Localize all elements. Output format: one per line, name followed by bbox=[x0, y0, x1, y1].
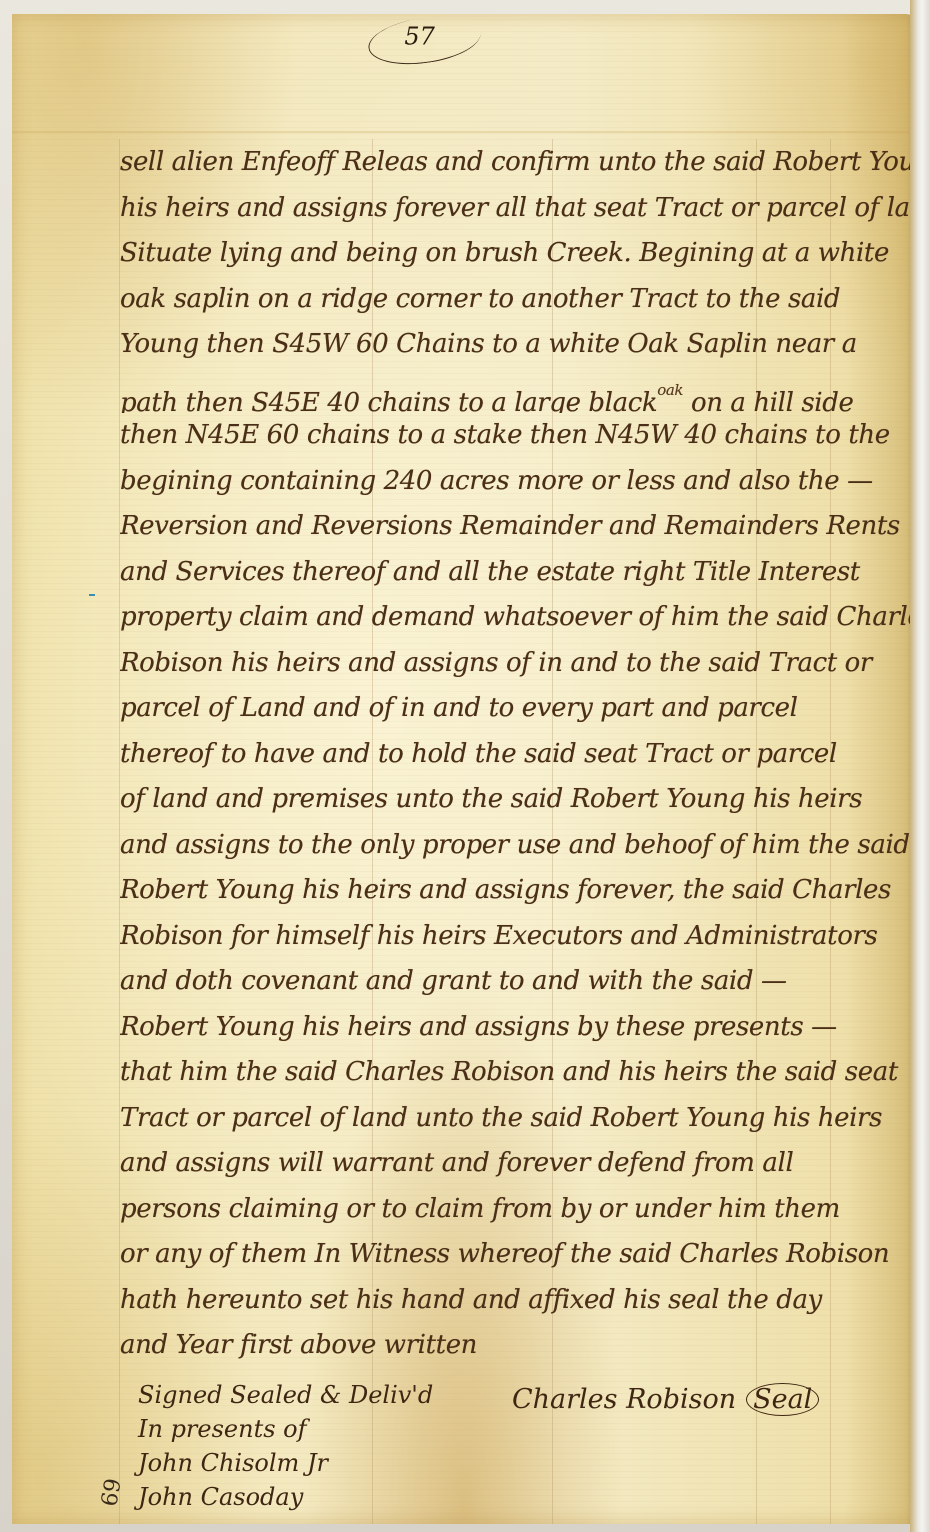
attestation-presence: In presents of bbox=[138, 1412, 433, 1446]
deed-line: and assigns will warrant and forever def… bbox=[120, 1141, 910, 1187]
deed-line: of land and premises unto the said Rober… bbox=[120, 777, 910, 823]
deed-line: begining containing 240 acres more or le… bbox=[120, 459, 910, 505]
deed-body: sell alien Enfeoff Releas and confirm un… bbox=[120, 140, 910, 1369]
grantor-signature: Charles RobisonSeal bbox=[512, 1383, 819, 1416]
deed-line: and assigns to the only proper use and b… bbox=[120, 823, 910, 869]
deed-line: Robison for himself his heirs Executors … bbox=[120, 914, 910, 960]
witness-name: John Casoday bbox=[138, 1480, 433, 1514]
deed-line: Robert Young his heirs and assigns by th… bbox=[120, 1005, 910, 1051]
deed-line: and Services thereof and all the estate … bbox=[120, 550, 910, 596]
attestation-block: Signed Sealed & Deliv'd In presents of J… bbox=[138, 1378, 433, 1514]
deed-line: oak saplin on a ridge corner to another … bbox=[120, 277, 910, 323]
witness-name: John Chisolm Jr bbox=[138, 1446, 433, 1480]
ink-mark bbox=[89, 594, 95, 596]
page-edge bbox=[910, 0, 930, 1532]
page-number: 57 bbox=[404, 23, 435, 51]
deed-line-text: on a hill side bbox=[683, 388, 853, 414]
deed-line: hath hereunto set his hand and affixed h… bbox=[120, 1278, 910, 1324]
deed-line-text: path then S45E 40 chains to a large blac… bbox=[120, 388, 657, 414]
deed-line: Reversion and Reversions Remainder and R… bbox=[120, 504, 910, 550]
deed-line: persons claiming or to claim from by or … bbox=[120, 1187, 910, 1233]
folio-number: 69 bbox=[97, 1477, 126, 1509]
deed-line: Situate lying and being on brush Creek. … bbox=[120, 231, 910, 277]
interlinear-insertion: oak bbox=[657, 381, 683, 399]
deed-line: thereof to have and to hold the said sea… bbox=[120, 732, 910, 778]
deed-line: Robert Young his heirs and assigns forev… bbox=[120, 868, 910, 914]
deed-line: that him the said Charles Robison and hi… bbox=[120, 1050, 910, 1096]
deed-line: Robison his heirs and assigns of in and … bbox=[120, 641, 910, 687]
signature-name: Charles Robison bbox=[512, 1384, 736, 1415]
deed-line: or any of them In Witness whereof the sa… bbox=[120, 1232, 910, 1278]
deed-line: his heirs and assigns forever all that s… bbox=[120, 186, 910, 232]
deed-line: parcel of Land and of in and to every pa… bbox=[120, 686, 910, 732]
deed-line: sell alien Enfeoff Releas and confirm un… bbox=[120, 140, 910, 186]
deed-line: and Year first above written bbox=[120, 1323, 910, 1369]
deed-line: and doth covenant and grant to and with … bbox=[120, 959, 910, 1005]
attestation-clause: Signed Sealed & Deliv'd bbox=[138, 1378, 433, 1412]
deed-line: path then S45E 40 chains to a large blac… bbox=[120, 368, 910, 414]
seal-mark: Seal bbox=[746, 1383, 819, 1416]
deed-line: property claim and demand whatsoever of … bbox=[120, 595, 910, 641]
deed-line: then N45E 60 chains to a stake then N45W… bbox=[120, 413, 910, 459]
deed-line: Young then S45W 60 Chains to a white Oak… bbox=[120, 322, 910, 368]
deed-line: Tract or parcel of land unto the said Ro… bbox=[120, 1096, 910, 1142]
fold-line bbox=[12, 131, 916, 133]
